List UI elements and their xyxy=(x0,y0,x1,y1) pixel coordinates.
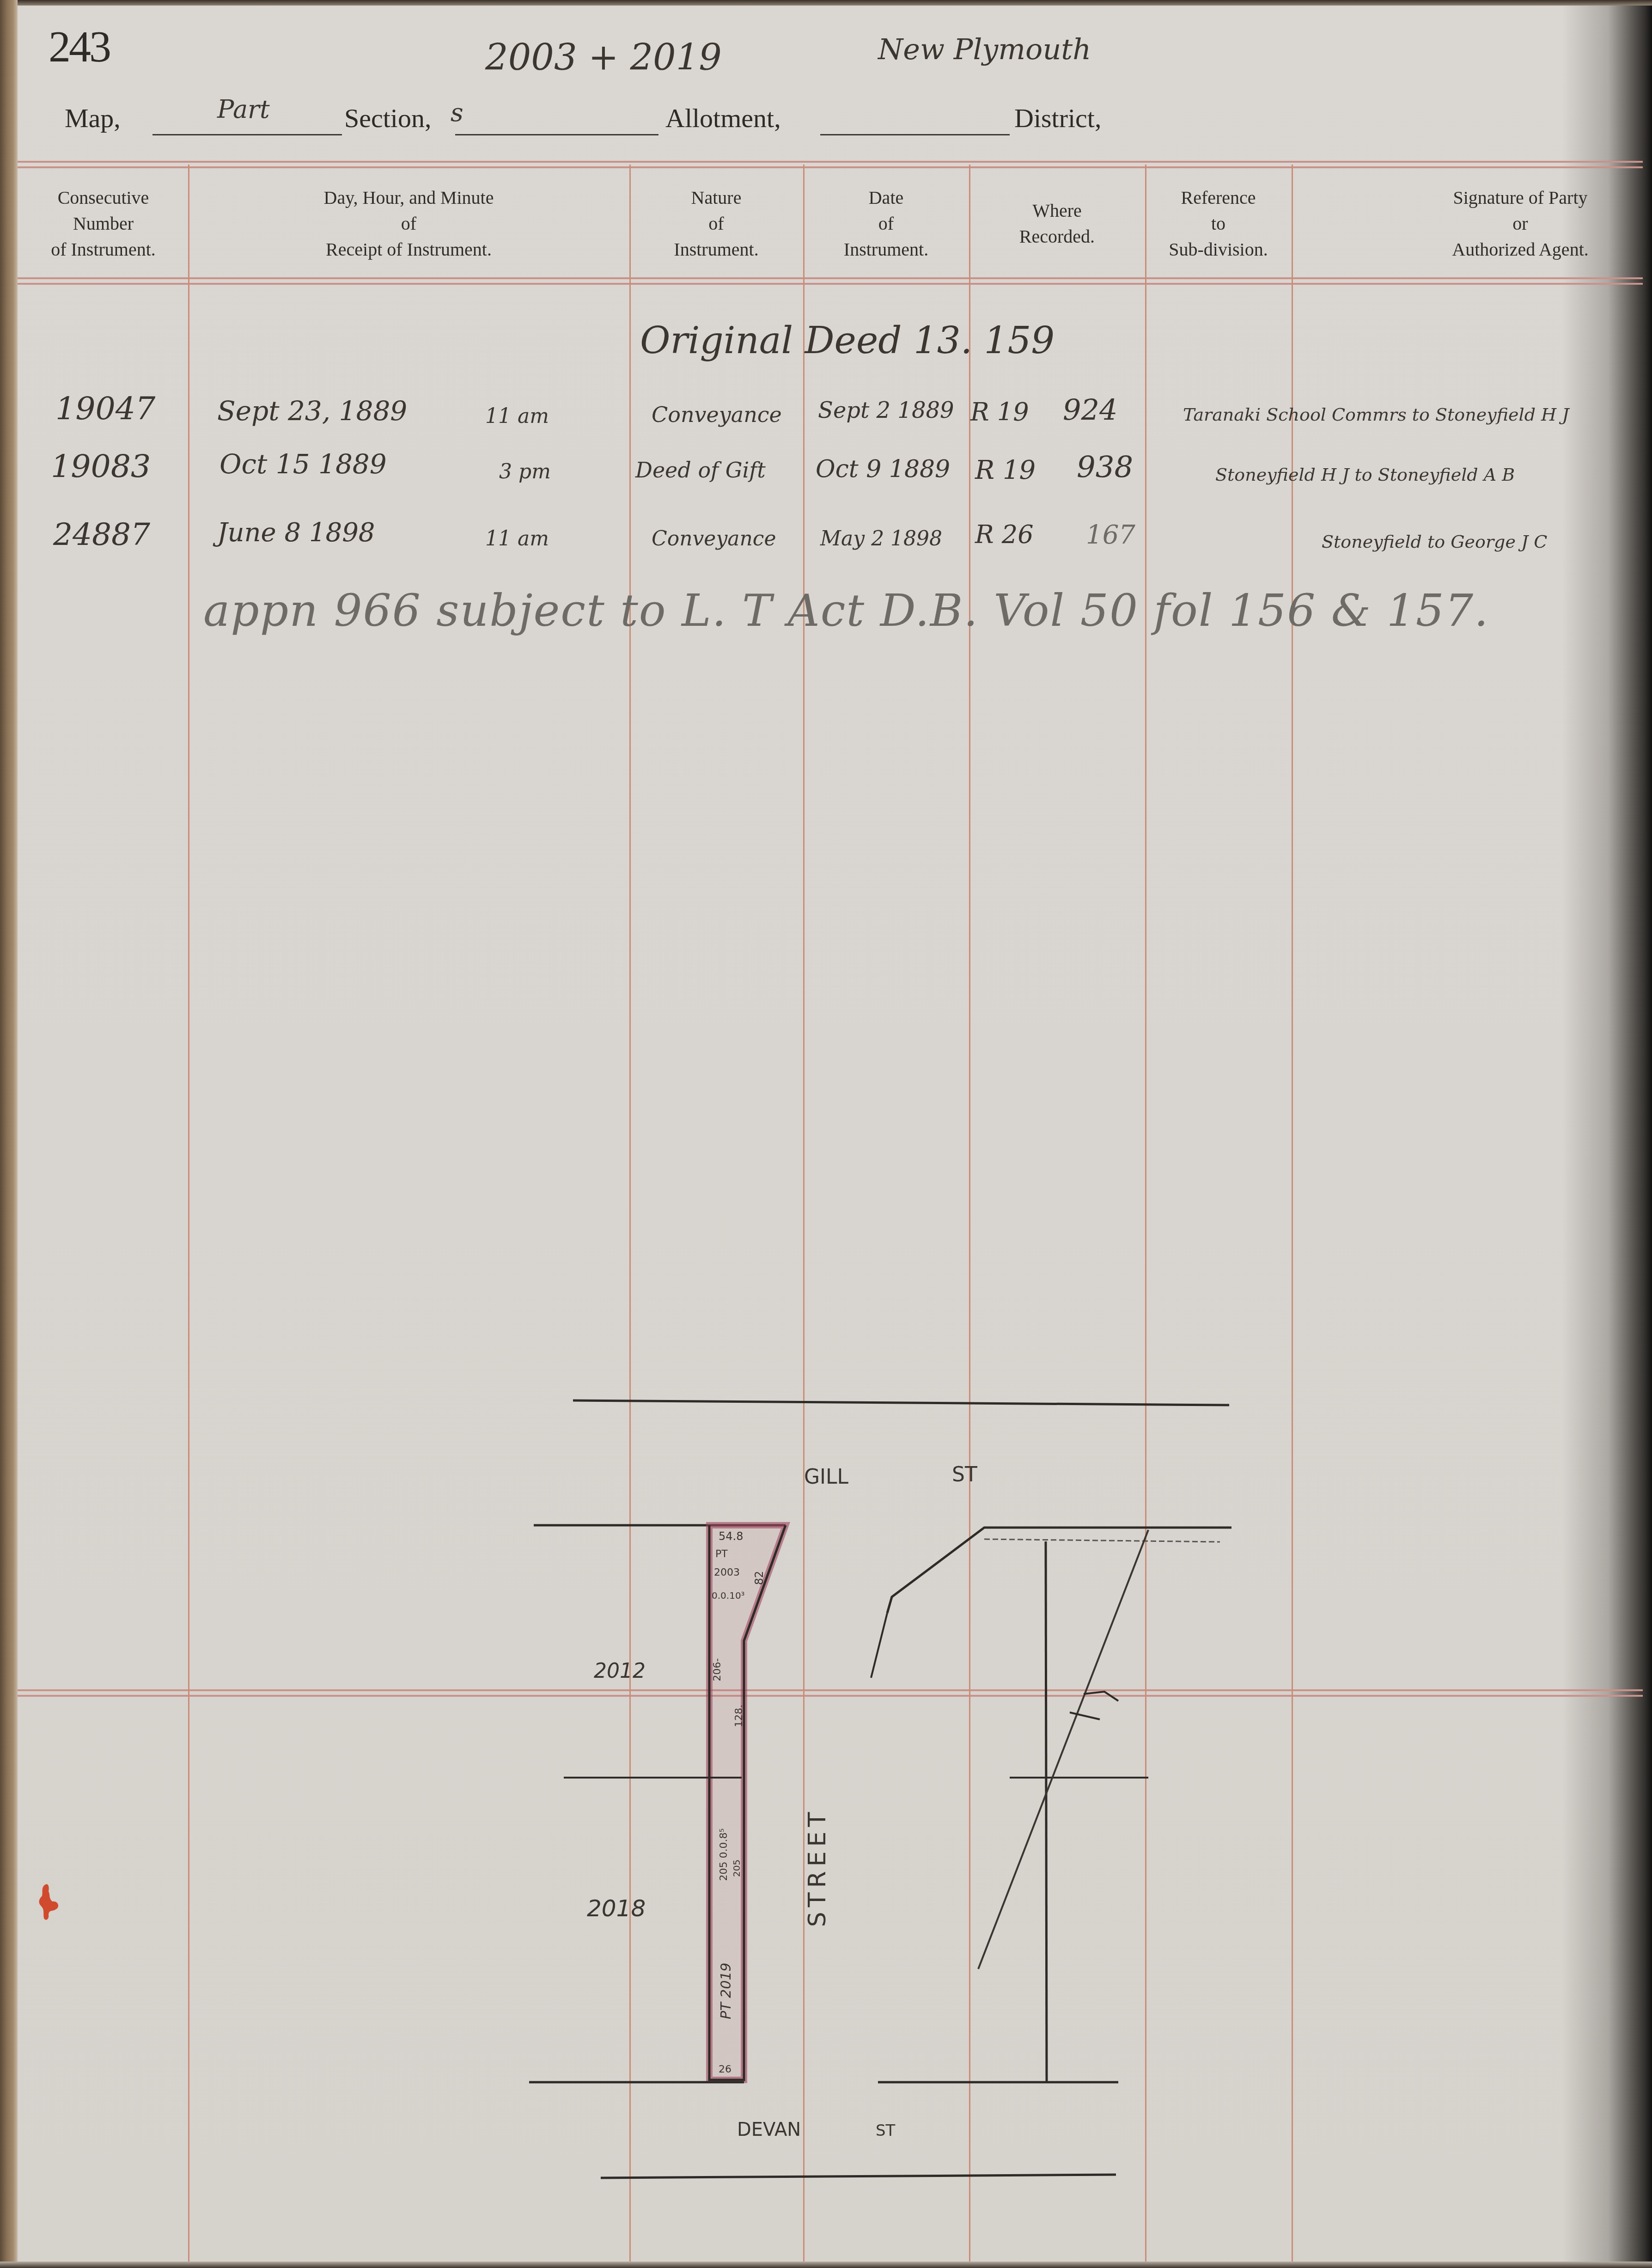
lot-label-2012: 2012 xyxy=(594,1659,646,1683)
street-label-devan: DEVAN xyxy=(737,2119,801,2140)
page-bottom-edge xyxy=(0,2262,1652,2268)
street-label-devan-suffix: ST xyxy=(876,2121,895,2140)
red-ink-stain xyxy=(35,1881,62,1927)
pt2003-pt: PT xyxy=(715,1548,728,1560)
street-label-gill-suffix: ST xyxy=(952,1463,977,1486)
pt2003-depth: 206- xyxy=(712,1658,723,1681)
street-label-gill: GILL xyxy=(804,1465,848,1489)
pt2019-side: 128. xyxy=(733,1705,745,1727)
plan-sketch xyxy=(0,0,1652,2268)
pt2019-label: PT 2019 xyxy=(718,1962,734,2019)
pt2019-depth: 205 xyxy=(731,1859,742,1877)
pt2003-number: 2003 xyxy=(714,1567,740,1578)
pt2019-frontage: 26 xyxy=(719,2064,732,2075)
street-label-side: STREET xyxy=(804,1808,831,1927)
pt2019-dims: 205 0.0.8⁵ xyxy=(718,1828,730,1881)
lot-label-2018: 2018 xyxy=(587,1895,646,1922)
pt2003-side: 82 xyxy=(753,1571,766,1585)
ledger-page: 243 2003 + 2019 New Plymouth Map, Part S… xyxy=(0,0,1652,2268)
pt2003-frontage: 54.8 xyxy=(719,1530,743,1543)
pt2003-area: 0.0.10³ xyxy=(712,1590,745,1601)
